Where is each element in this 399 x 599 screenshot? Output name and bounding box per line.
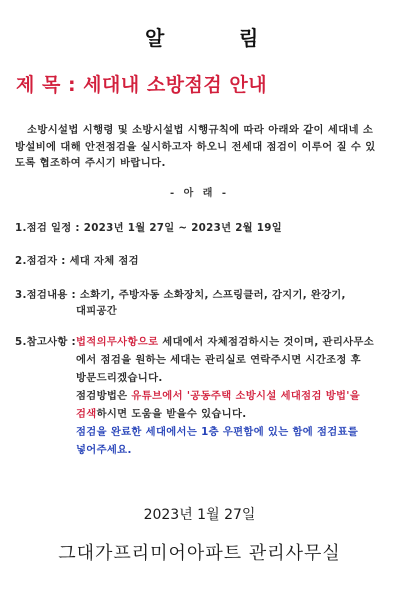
notes-line-6: 점검을 완료한 세대에서는 1층 우편함에 있는 함에 점검표를	[76, 423, 358, 438]
item-content: 3.점검내용 : 소화기, 주방자동 소화장치, 스프링클러, 감지기, 완강기…	[15, 286, 346, 301]
intro-line-1: 소방시설법 시행령 및 소방시설법 시행규칙에 따라 아래와 같이 세대네 소	[15, 122, 393, 139]
notes-line-5: 검색하시면 도움을 받을수 있습니다.	[76, 405, 247, 420]
inspector-value: 세대 자체 점검	[70, 255, 139, 267]
item-inspector: 2.점검자 : 세대 자체 점검	[15, 252, 139, 267]
content-value-line-2: 대피공간	[76, 302, 117, 317]
subject-heading: 제 목 : 세대내 소방점검 안내	[16, 70, 267, 97]
notes-label: 5.참고사항 :	[15, 333, 76, 348]
content-value-line-1: 소화기, 주방자동 소화장치, 스프링클러, 감지기, 완강기,	[80, 289, 346, 301]
schedule-value: 2023년 1월 27일 ~ 2023년 2월 19일	[84, 222, 282, 234]
notes-line-3: 방문드리겠습니다.	[76, 369, 163, 384]
inspector-label: 2.점검자 :	[15, 255, 70, 267]
notes-line-7: 넣어주세요.	[76, 441, 132, 456]
notice-date: 2023년 1월 27일	[0, 504, 399, 524]
youtube-search-text: 유튜브에서 '공동주택 소방시설 세대점검 방법'을	[131, 390, 360, 402]
content-label: 3.점검내용 :	[15, 289, 80, 301]
intro-line-2: 방설비에 대해 안전점검을 실시하고자 하오니 전세대 점검이 이루어 질 수 …	[15, 139, 393, 156]
notes-line-4: 점검방법은 유튜브에서 '공동주택 소방시설 세대점검 방법'을	[76, 387, 360, 402]
legal-obligation-text: 법적의무사항으로	[76, 336, 158, 348]
notes-line-1: 법적의무사항으로 세대에서 자체점검하시는 것이며, 관리사무소	[76, 333, 374, 348]
section-separator: - 아 래 -	[0, 184, 399, 199]
title-char-rim: 림	[239, 22, 258, 51]
intro-line-3: 도록 협조하여 주시기 바랍니다.	[15, 155, 393, 172]
intro-paragraph: 소방시설법 시행령 및 소방시설법 시행규칙에 따라 아래와 같이 세대네 소 …	[15, 122, 393, 172]
item-schedule: 1.점검 일정 : 2023년 1월 27일 ~ 2023년 2월 19일	[15, 219, 282, 234]
title-char-al: 알	[145, 22, 164, 51]
notes-line-2: 에서 점검을 원하는 세대는 관리실로 연락주시면 시간조정 후	[76, 351, 361, 366]
issuer-office: 그대가프리미어아파트 관리사무실	[0, 539, 399, 565]
schedule-label: 1.점검 일정 :	[15, 222, 84, 234]
